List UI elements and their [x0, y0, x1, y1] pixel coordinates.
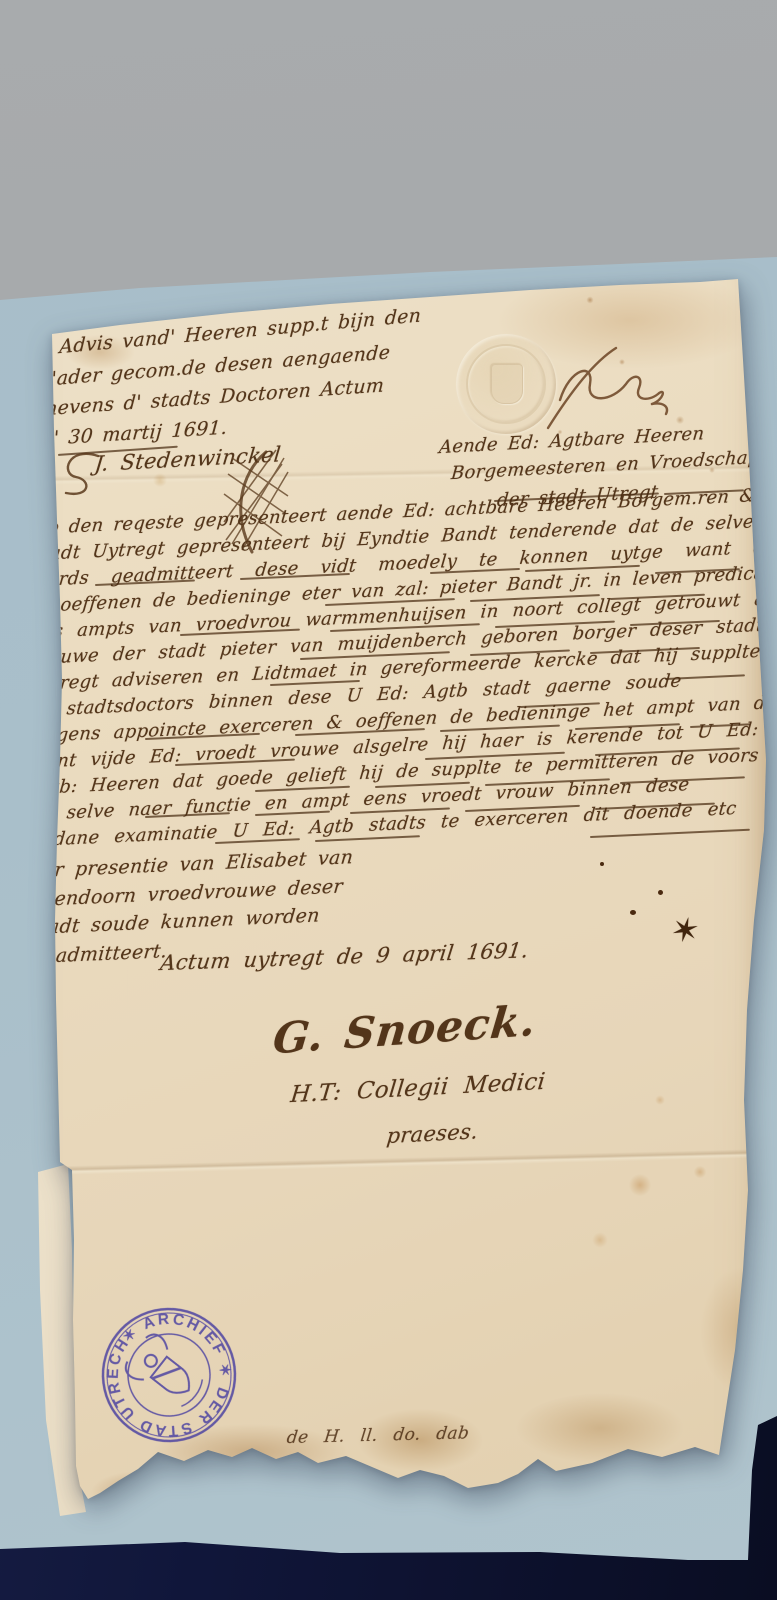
- manuscript-paper: Advis vand' Heeren supp.t bijn den 'ader…: [0, 0, 777, 1600]
- embossed-seal-shield: [491, 364, 523, 404]
- signature-affiliation: H.T: Collegii Medici: [289, 1069, 546, 1109]
- photo-of-archival-document: { "photo": { "backdrop_gray": "#a6a9ab",…: [0, 0, 777, 1600]
- actum-line: Actum uytregt de 9 april 1691.: [159, 938, 530, 975]
- star-ink-blot: ✶: [666, 908, 704, 954]
- archive-stamp: ✶ ARCHIEF ✶ DER STAD UTRECHT: [64, 1270, 275, 1481]
- ink-dot: [600, 862, 604, 866]
- crease-line: [0, 1149, 777, 1177]
- ink-dot: [658, 890, 663, 895]
- closing-line: geadmitteert.: [31, 940, 168, 968]
- signature-role: praeses.: [385, 1119, 479, 1148]
- ink-dot: [630, 910, 636, 915]
- manuscript-paper-wrap: Advis vand' Heeren supp.t bijn den 'ader…: [0, 0, 777, 1600]
- strikethrough-mark: [590, 829, 750, 838]
- signature-name: G. Snoeck.: [271, 996, 539, 1064]
- torn-edge-text-fragment: de H. ll. do. dab: [286, 1423, 471, 1448]
- closing-line: stadt soude kunnen worden: [29, 904, 321, 939]
